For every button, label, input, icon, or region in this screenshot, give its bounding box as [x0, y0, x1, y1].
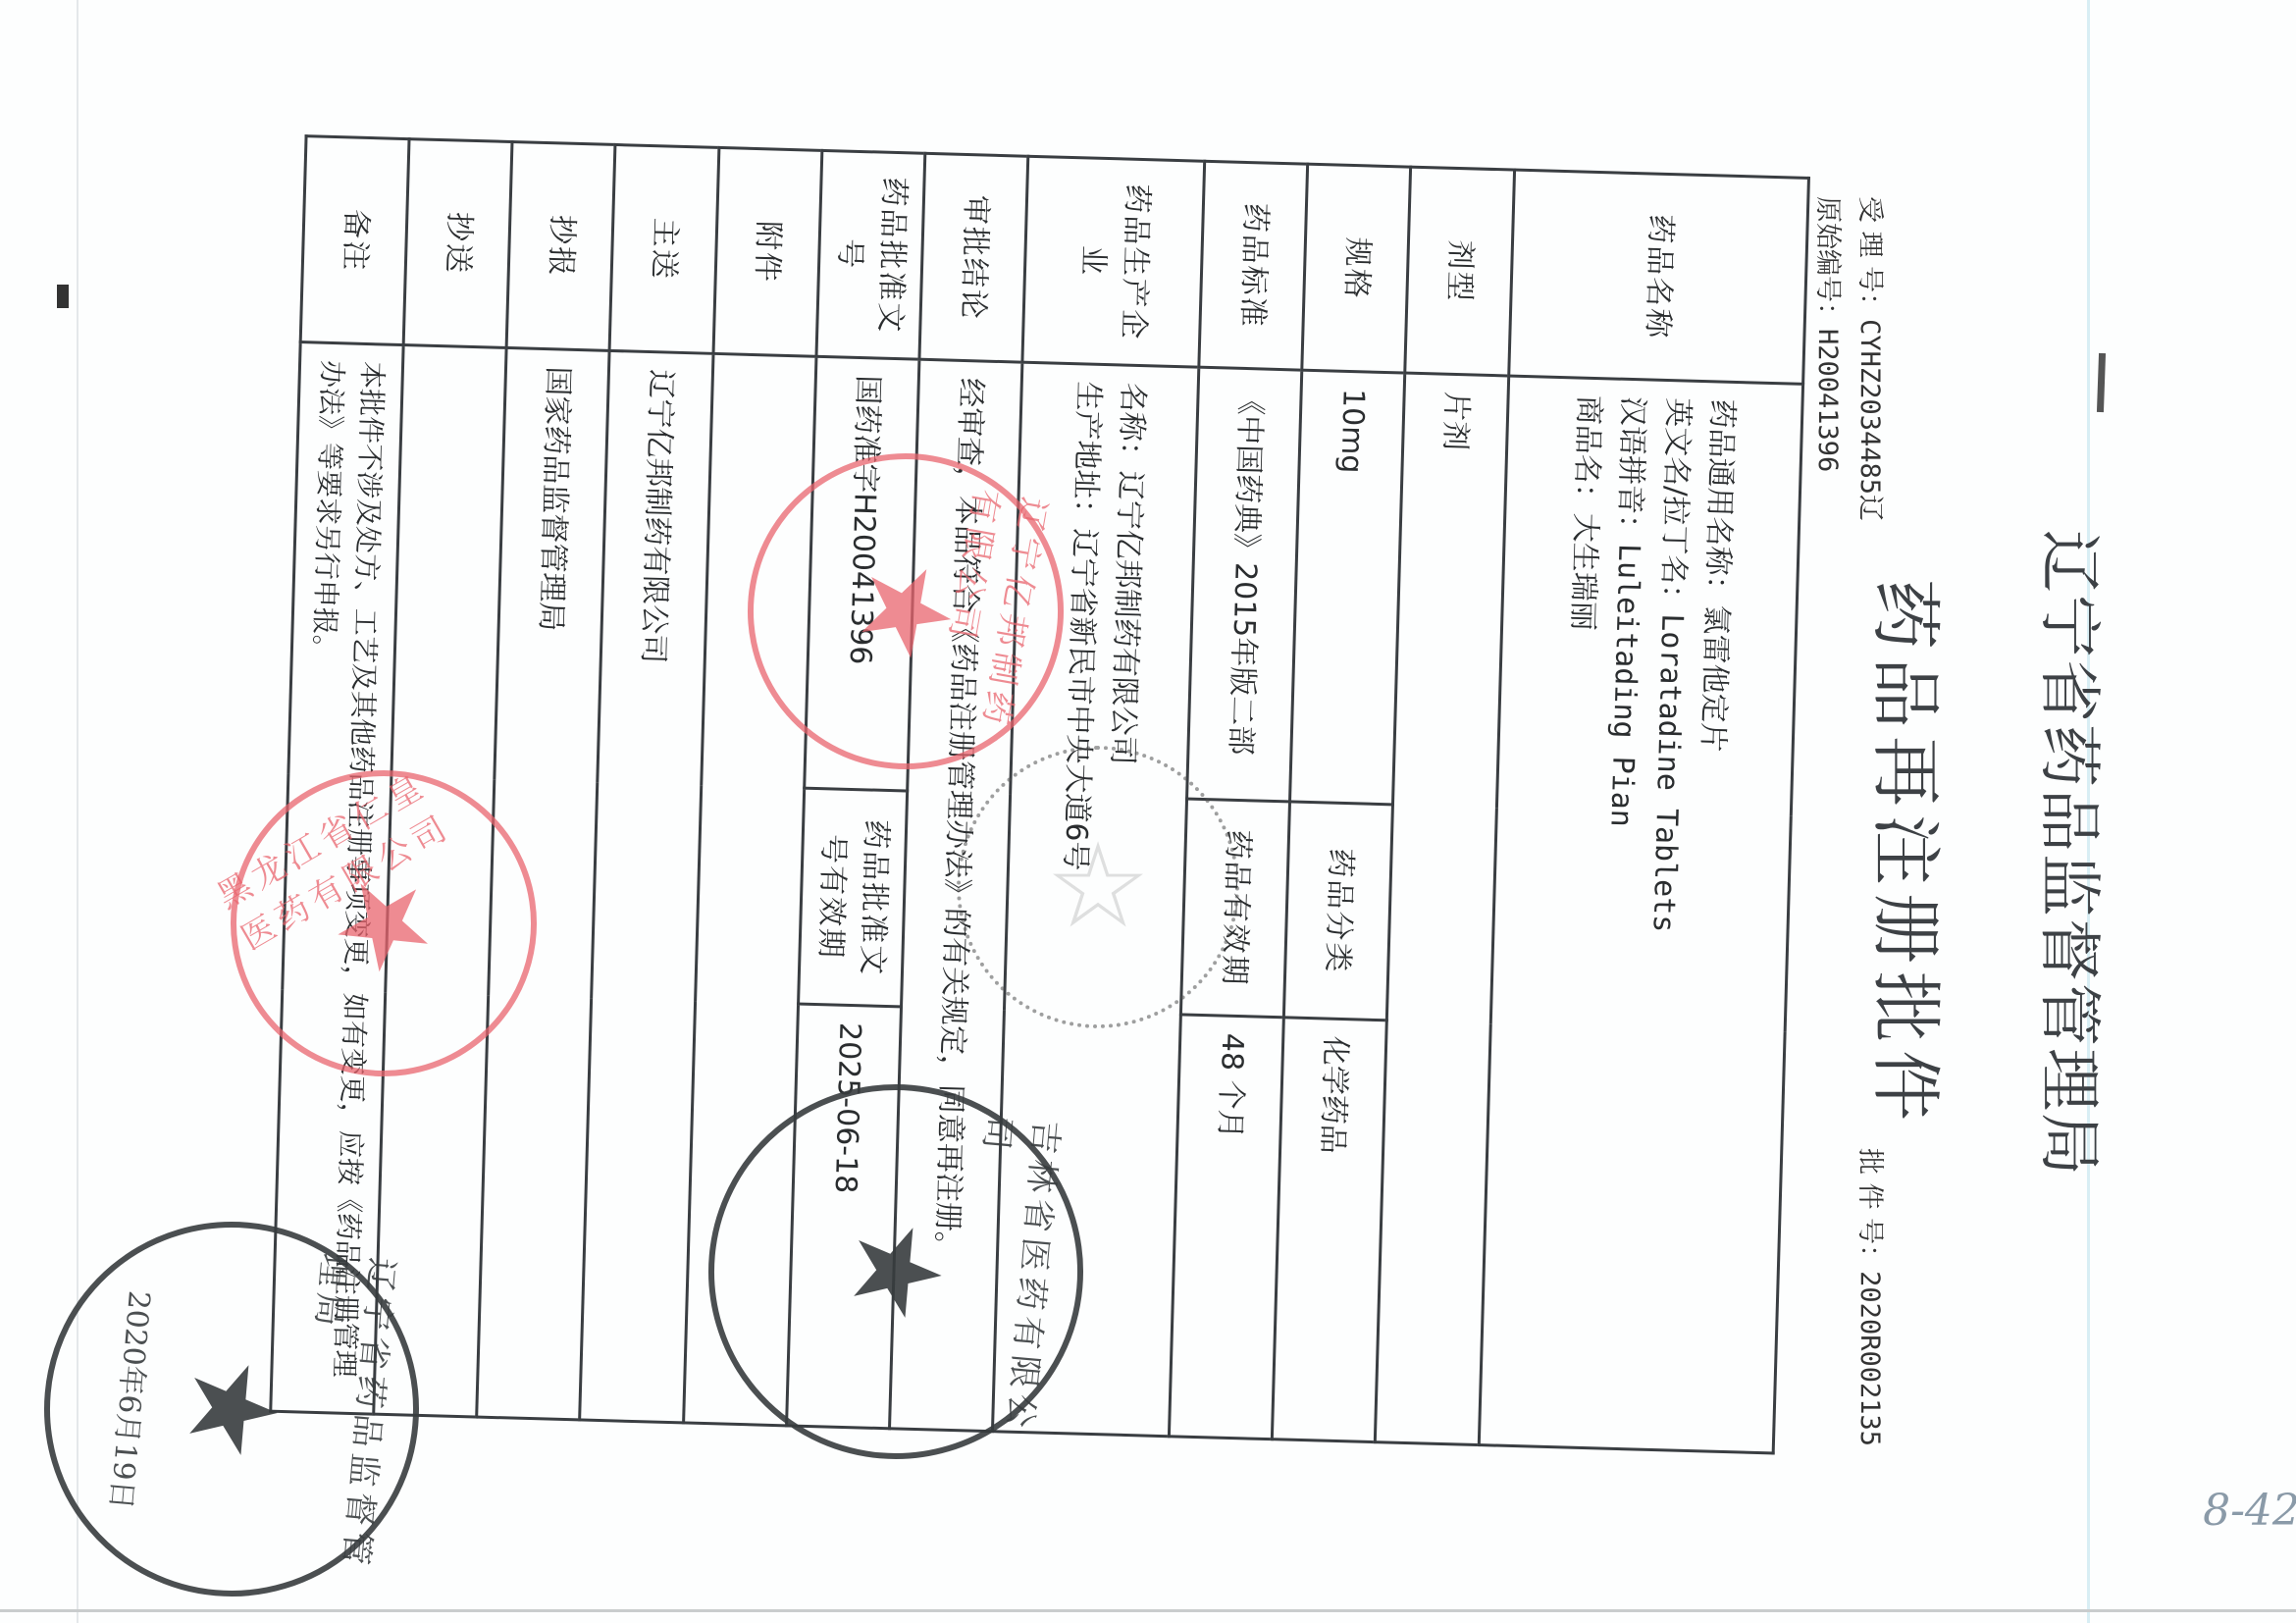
- generic-name: 氯雷他定片: [1696, 604, 1734, 753]
- drug-name-label: 药品名称: [1508, 170, 1808, 384]
- manufacturer-name-label: 名称：: [1113, 382, 1149, 471]
- reported-to-label: 抄报: [506, 142, 615, 351]
- trade-name: 大生瑞丽: [1565, 512, 1602, 631]
- approval-number-label: 药品批准文号: [816, 150, 925, 359]
- conclusion-label: 审批结论: [919, 153, 1028, 362]
- approval-doc-number-label: 批 件 号：: [1854, 1148, 1885, 1271]
- drug-name-value: 药品通用名称：氯雷他定片 英文名/拉丁名：Loratadine Tablets …: [1479, 376, 1803, 1453]
- attachments-label: 附件: [713, 147, 822, 356]
- issuing-agency: 辽宁省药品监督管理局: [2029, 510, 2119, 1197]
- acceptance-number: 受 理 号：CYHZ2034485辽: [1853, 196, 1892, 521]
- original-number: 原始编号：H20041396: [1811, 196, 1850, 472]
- trade-name-label: 商品名：: [1568, 394, 1605, 513]
- pinyin: Luleitading Pian: [1604, 544, 1646, 828]
- original-number-value: H20041396: [1812, 329, 1843, 472]
- handwritten-note: 8-42: [2203, 1486, 2296, 1536]
- approval-table: 药品名称 药品通用名称：氯雷他定片 英文名/拉丁名：Loratadine Tab…: [269, 134, 1810, 1451]
- pinyin-label: 汉语拼音：: [1612, 396, 1650, 545]
- manufacturer-value: 名称：辽宁亿邦制药有限公司 生产地址：辽宁省新民市中央大道6号: [992, 362, 1199, 1437]
- approval-validity-value: 2025-06-18: [786, 1004, 901, 1429]
- english-name-label: 英文名/拉丁名：: [1654, 397, 1695, 614]
- approval-doc-number-value: 2020R002135: [1854, 1271, 1885, 1446]
- acceptance-number-label: 受 理 号：: [1854, 196, 1885, 319]
- shelf-life-label: 药品有效期: [1181, 799, 1290, 1018]
- main-recipient-label: 主送: [610, 144, 719, 353]
- manufacturer-label: 药品生产企业: [1022, 156, 1205, 367]
- specification-value: 10mg: [1290, 370, 1405, 805]
- manufacturer-address: 辽宁省新民市中央大道6号: [1058, 528, 1102, 871]
- english-name: Loratadine Tablets: [1645, 613, 1689, 933]
- drug-category-label: 药品分类: [1284, 802, 1393, 1021]
- acceptance-number-value: CYHZ2034485辽: [1854, 319, 1885, 521]
- pen-mark: [2097, 353, 2106, 412]
- generic-name-label: 药品通用名称：: [1699, 398, 1740, 605]
- copied-to-label: 抄送: [403, 139, 512, 348]
- row-manufacturer: 药品生产企业 名称：辽宁亿邦制药有限公司 生产地址：辽宁省新民市中央大道6号: [992, 156, 1204, 1437]
- shelf-life-value: 48 个月: [1170, 1015, 1284, 1440]
- dosage-form-label: 剂型: [1405, 167, 1514, 376]
- specification-label: 规格: [1302, 164, 1411, 373]
- document-title: 药品再注册批件: [1860, 510, 1962, 1197]
- original-number-label: 原始编号：: [1812, 196, 1843, 329]
- drug-standard-label: 药品标准: [1199, 161, 1308, 370]
- rotated-document-page: 辽宁省药品监督管理局 药品再注册批件 原始编号：H20041396 受 理 号：…: [0, 0, 2296, 1623]
- row-drug-name: 药品名称 药品通用名称：氯雷他定片 英文名/拉丁名：Loratadine Tab…: [1479, 170, 1809, 1453]
- drug-category-value: 化学药品: [1273, 1018, 1387, 1442]
- approval-doc-number: 批 件 号：2020R002135: [1853, 1148, 1892, 1446]
- approval-number-value: 国药准字H20041396: [804, 356, 918, 791]
- manufacturer-name: 辽宁亿邦制药有限公司: [1105, 470, 1147, 765]
- remarks-label: 备注: [300, 136, 409, 345]
- approval-validity-label: 药品批准文号有效期: [798, 788, 907, 1007]
- manufacturer-address-label: 生产地址：: [1067, 381, 1105, 529]
- drug-standard-value: 《中国药典》2015年版二部: [1187, 367, 1302, 802]
